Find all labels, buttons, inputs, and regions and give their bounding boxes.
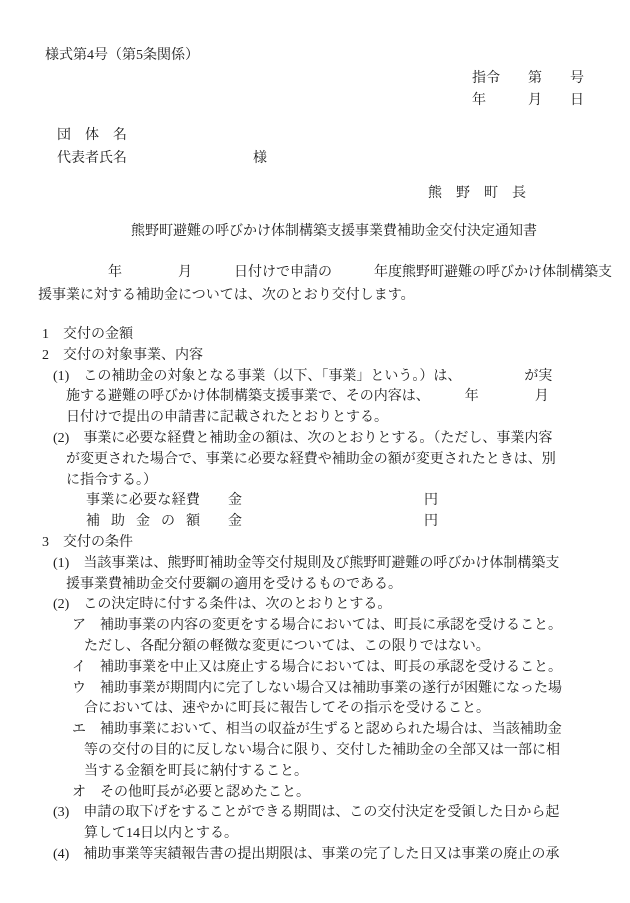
month-label: 月 [528,90,542,112]
doc-line: エ 補助事業において、相当の収益が生ずると認められた場合は、当該補助金 [38,720,630,741]
intro-line-2: 援事業に対する補助金については、次のとおり交付します。 [38,284,630,307]
document-page: 様式第4号（第5条関係） 指令第号 年月日 団 体 名 代表者氏名様 熊 野 町… [0,0,630,903]
header-right-block: 指令第号 年月日 [38,68,630,112]
directive-dai-label: 第 [528,68,542,90]
doc-line: ア 補助事業の内容の変更をする場合においては、町長に承認を受けること。 [38,616,630,637]
doc-line: に指令する。） [38,471,630,492]
currency-prefix: 金 [228,512,242,533]
currency-prefix: 金 [228,491,242,512]
doc-line: 援事業費補助金交付要綱の適用を受けるものである。 [38,575,630,596]
doc-line: が変更された場合で、事業に必要な経費や補助金の額が変更されたときは、別 [38,450,630,471]
organization-name-line: 団 体 名 [57,124,630,147]
doc-line: (1) 当該事業は、熊野町補助金等交付規則及び熊野町避難の呼びかけ体制構築支 [38,554,630,575]
doc-line: 施する避難の呼びかけ体制構築支援事業で、その内容は、 年 月 [38,387,630,408]
day-label: 日 [570,90,584,112]
money-line: 事業に必要な経費金円 [38,491,630,512]
currency-suffix: 円 [424,512,438,533]
doc-line: ただし、各配分額の軽微な変更については、この限りではない。 [38,637,630,658]
money-label: 事業に必要な経費 [86,491,200,512]
doc-line: 等の交付の目的に反しない場合に限り、交付した補助金の全部又は一部に相 [38,741,630,762]
doc-line: 当する金額を町長に納付すること。 [38,762,630,783]
money-label: 補助金の額 [86,512,200,533]
addressee-block: 団 体 名 代表者氏名様 [38,124,630,170]
doc-line: イ 補助事業を中止又は廃止する場合においては、町長の承認を受けること。 [38,658,630,679]
year-label: 年 [472,93,486,108]
mayor-signature: 熊 野 町 長 [38,182,630,205]
doc-line: (1) この補助金の対象となる事業（以下、「事業」という。）は、 が実 [38,367,630,388]
intro-paragraph: 年 月 日付けで申請の 年度熊野町避難の呼びかけ体制構築支 援事業に対する補助金… [38,261,630,307]
doc-line: オ その他町長が必要と認めたこと。 [38,783,630,804]
doc-line: 2 交付の対象事業、内容 [38,346,630,367]
directive-prefix-label: 指令 [472,71,500,86]
representative-label: 代表者氏名 [57,151,127,166]
doc-line: 算して14日以内とする。 [38,824,630,845]
directive-number-line: 指令第号 [38,68,584,90]
doc-line: ウ 補助事業が期間内に完了しない場合又は補助事業の遂行が困難になった場 [38,679,630,700]
honorific-sama: 様 [253,147,267,170]
date-line: 年月日 [38,90,584,112]
doc-line: (3) 申請の取下げをすることができる期間は、この交付決定を受領した日から起 [38,803,630,824]
doc-line: 1 交付の金額 [38,325,630,346]
document-body: 1 交付の金額2 交付の対象事業、内容(1) この補助金の対象となる事業（以下、… [38,325,630,866]
doc-line: (4) 補助事業等実績報告書の提出期限は、事業の完了した日又は事業の廃止の承 [38,845,630,866]
doc-line: 3 交付の条件 [38,533,630,554]
doc-line: 日付けで提出の申請書に記載されたとおりとする。 [38,408,630,429]
doc-line: 合においては、速やかに町長に報告してその指示を受けること。 [38,699,630,720]
currency-suffix: 円 [424,491,438,512]
money-line: 補助金の額金円 [38,512,630,533]
representative-name-line: 代表者氏名様 [57,147,630,170]
directive-go-label: 号 [570,68,584,90]
intro-line-1: 年 月 日付けで申請の 年度熊野町避難の呼びかけ体制構築支 [38,261,630,284]
form-number: 様式第4号（第5条関係） [38,45,630,67]
document-title: 熊野町避難の呼びかけ体制構築支援事業費補助金交付決定通知書 [0,221,630,243]
doc-line: (2) 事業に必要な経費と補助金の額は、次のとおりとする。（ただし、事業内容 [38,429,630,450]
doc-line: (2) この決定時に付する条件は、次のとおりとする。 [38,595,630,616]
